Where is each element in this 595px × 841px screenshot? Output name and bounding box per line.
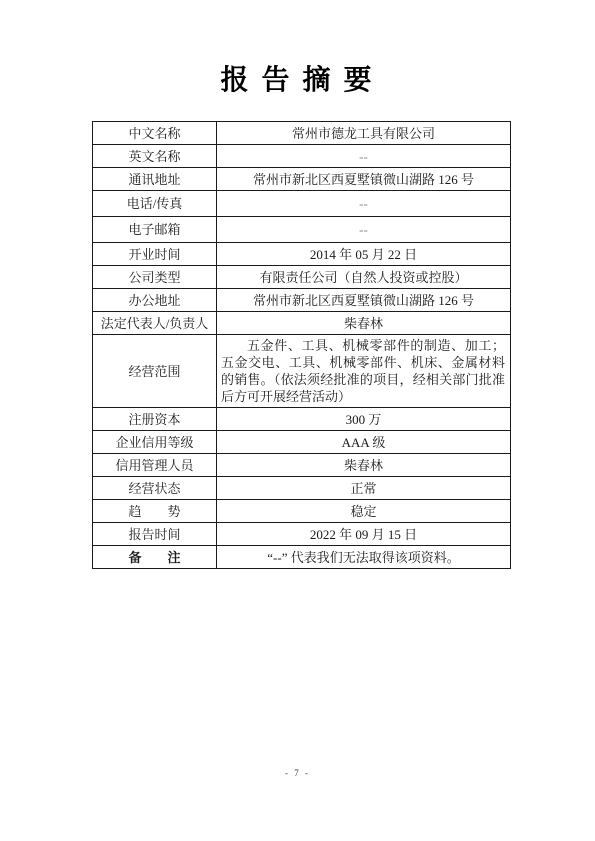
row-label: 开业时间 bbox=[93, 243, 217, 266]
table-row-opening-date: 开业时间 2014 年 05 月 22 日 bbox=[93, 243, 511, 266]
table-row-report-date: 报告时间 2022 年 09 月 15 日 bbox=[93, 523, 511, 546]
row-value: “--” 代表我们无法取得该项资料。 bbox=[217, 546, 511, 569]
row-value: 有限责任公司（自然人投资或控股） bbox=[217, 266, 511, 289]
row-value: 柴春林 bbox=[217, 454, 511, 477]
row-value: 五金件、工具、机械零部件的制造、加工；五金交电、工具、机械零部件、机床、金属材料… bbox=[217, 335, 511, 408]
row-label: 法定代表人/负责人 bbox=[93, 312, 217, 335]
table-row-registered-capital: 注册资本 300 万 bbox=[93, 408, 511, 431]
summary-table: 中文名称 常州市德龙工具有限公司 英文名称 -- 通讯地址 常州市新北区西夏墅镇… bbox=[92, 121, 511, 569]
table-row-mail-address: 通讯地址 常州市新北区西夏墅镇微山湖路 126 号 bbox=[93, 168, 511, 191]
row-label: 企业信用等级 bbox=[93, 431, 217, 454]
row-label: 公司类型 bbox=[93, 266, 217, 289]
row-label: 办公地址 bbox=[93, 289, 217, 312]
table-row-english-name: 英文名称 -- bbox=[93, 145, 511, 168]
row-label: 注册资本 bbox=[93, 408, 217, 431]
page-number: - 7 - bbox=[0, 768, 595, 778]
row-label: 英文名称 bbox=[93, 145, 217, 168]
row-label: 通讯地址 bbox=[93, 168, 217, 191]
row-value: 正常 bbox=[217, 477, 511, 500]
page-title: 报 告 摘 要 bbox=[0, 58, 595, 98]
report-page: 报 告 摘 要 中文名称 常州市德龙工具有限公司 英文名称 -- 通讯地址 常州… bbox=[0, 0, 595, 841]
row-label: 中文名称 bbox=[93, 122, 217, 145]
row-label: 趋 势 bbox=[93, 500, 217, 523]
row-label: 电话/传真 bbox=[93, 191, 217, 217]
row-label: 信用管理人员 bbox=[93, 454, 217, 477]
table-row-email: 电子邮箱 -- bbox=[93, 217, 511, 243]
table-row-credit-manager: 信用管理人员 柴春林 bbox=[93, 454, 511, 477]
table-row-credit-rating: 企业信用等级 AAA 级 bbox=[93, 431, 511, 454]
row-label: 经营状态 bbox=[93, 477, 217, 500]
row-label: 报告时间 bbox=[93, 523, 217, 546]
row-value: 常州市新北区西夏墅镇微山湖路 126 号 bbox=[217, 289, 511, 312]
table-row-remark: 备 注 “--” 代表我们无法取得该项资料。 bbox=[93, 546, 511, 569]
row-value: 2014 年 05 月 22 日 bbox=[217, 243, 511, 266]
business-scope-text: 五金件、工具、机械零部件的制造、加工；五金交电、工具、机械零部件、机床、金属材料… bbox=[221, 337, 505, 405]
row-value: 300 万 bbox=[217, 408, 511, 431]
table-row-company-type: 公司类型 有限责任公司（自然人投资或控股） bbox=[93, 266, 511, 289]
table-row-chinese-name: 中文名称 常州市德龙工具有限公司 bbox=[93, 122, 511, 145]
table-row-business-scope: 经营范围 五金件、工具、机械零部件的制造、加工；五金交电、工具、机械零部件、机床… bbox=[93, 335, 511, 408]
row-value: -- bbox=[217, 191, 511, 217]
table-row-operating-status: 经营状态 正常 bbox=[93, 477, 511, 500]
row-value: 2022 年 09 月 15 日 bbox=[217, 523, 511, 546]
row-value: -- bbox=[217, 145, 511, 168]
table-row-trend: 趋 势 稳定 bbox=[93, 500, 511, 523]
table-row-legal-representative: 法定代表人/负责人 柴春林 bbox=[93, 312, 511, 335]
row-value: -- bbox=[217, 217, 511, 243]
row-value: 常州市新北区西夏墅镇微山湖路 126 号 bbox=[217, 168, 511, 191]
row-value: 常州市德龙工具有限公司 bbox=[217, 122, 511, 145]
row-label: 电子邮箱 bbox=[93, 217, 217, 243]
row-value: 稳定 bbox=[217, 500, 511, 523]
row-value: AAA 级 bbox=[217, 431, 511, 454]
row-label: 备 注 bbox=[93, 546, 217, 569]
row-label: 经营范围 bbox=[93, 335, 217, 408]
row-value: 柴春林 bbox=[217, 312, 511, 335]
table-row-office-address: 办公地址 常州市新北区西夏墅镇微山湖路 126 号 bbox=[93, 289, 511, 312]
table-row-phone-fax: 电话/传真 -- bbox=[93, 191, 511, 217]
